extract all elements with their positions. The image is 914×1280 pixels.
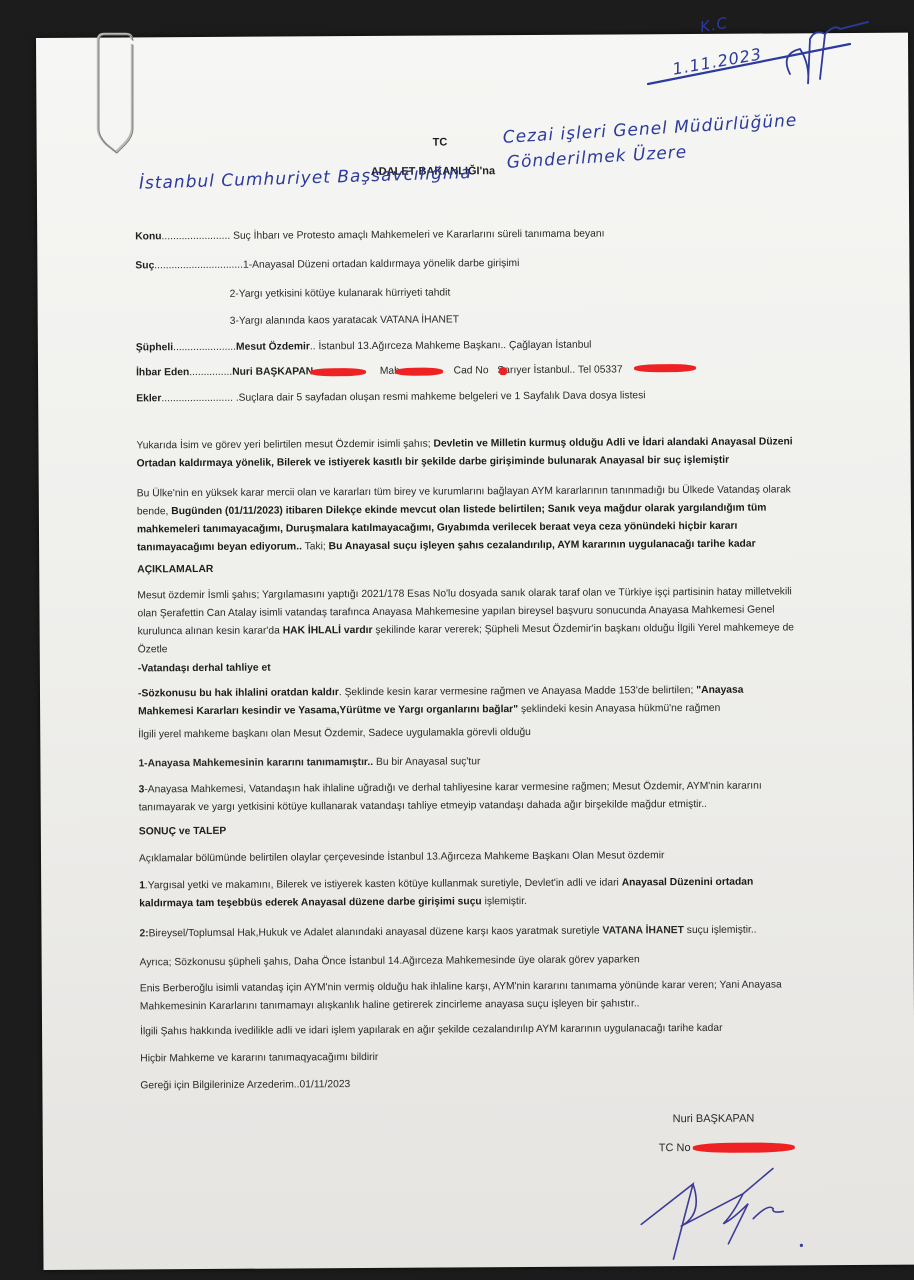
signatory-name: Nuri BAŞKAPAN: [673, 1114, 755, 1125]
paragraph-intro: Yukarıda İsim ve görev yeri belirtilen m…: [136, 433, 796, 473]
paragraph-additionally: Ayrıca; Sözkonusu şüpheli şahıs, Daha Ön…: [140, 955, 640, 968]
field-value: Suç İhbarı ve Protesto amaçlı Mahkemeler…: [230, 229, 604, 242]
paragraph-notice: Hiçbir Mahkeme ve kararını tanımaqyacağı…: [140, 1053, 378, 1065]
paragraph-release: -Vatandaşı derhal tahliye et: [138, 664, 271, 675]
paragraph-remove-violation: -Sözkonusu bu hak ihlalini oratdan kaldı…: [138, 681, 798, 721]
field-label: İhbar Eden: [136, 367, 189, 378]
text-plain: Taki;: [302, 541, 329, 552]
paragraph-conclusion-2: 2:Bireysel/Toplumsal Hak,Hukuk ve Adalet…: [139, 926, 756, 940]
text-plain: Bu bir Anayasal suç'tur: [373, 756, 480, 768]
paragraph-closing: Gereği için Bilgilerinize Arzederim..01/…: [140, 1080, 350, 1092]
redaction-mark: [499, 367, 507, 375]
field-leader: .........................: [161, 393, 233, 404]
approval-signature-icon: [640, 14, 880, 104]
text-plain: suçu işlemiştir..: [684, 925, 757, 936]
address-part-rest: Sarıyer İstanbul.. Tel 05337: [497, 364, 622, 376]
signature-icon: [633, 1163, 814, 1274]
header-tc: TC: [433, 137, 448, 148]
field-label: Ekler: [136, 393, 161, 404]
handwritten-note-line2: Gönderilmek Üzere: [506, 142, 687, 173]
field-suc-2: 2-Yargı yetkisini kötüye kulanarak hürri…: [230, 288, 451, 300]
field-ihbar-eden: İhbar Eden...............Nuri BAŞKAPAN. …: [136, 365, 623, 378]
field-leader: ...............................: [154, 260, 243, 272]
redaction-mark: [395, 368, 443, 376]
section-heading-aciklamalar: AÇIKLAMALAR: [137, 565, 213, 576]
redaction-mark: [310, 368, 366, 376]
handwritten-note-line1: Cezai işleri Genel Müdürlüğüne: [502, 111, 798, 148]
paragraph-item-1: 1-Anayasa Mahkemesinin kararını tanımamı…: [138, 757, 480, 769]
field-value-bold: Mesut Özdemir: [236, 341, 310, 352]
paragraph-conclusion: Açıklamalar bölümünde belirtilen olaylar…: [139, 851, 664, 865]
paragraph-local-court: İlgili yerel mahkeme başkanı olan Mesut …: [138, 728, 531, 741]
text-plain: Bireysel/Toplumsal Hak,Hukuk ve Adalet a…: [149, 926, 603, 940]
paragraph-request: İlgili Şahıs hakkında ivedilikle adli ve…: [140, 1024, 723, 1038]
field-value-bold: Nuri BAŞKAPAN.: [232, 366, 316, 378]
text-bold: Bu Anayasal suçu işleyen şahıs cezalandı…: [329, 539, 756, 553]
text-plain: şeklindeki kesin Anayasa hükmü'ne rağmen: [518, 703, 720, 715]
paragraph-declaration: Bu Ülke'nin en yüksek karar mercii olan …: [137, 481, 797, 557]
paragraph-explanation: Mesut özdemir İsmli şahıs; Yargılamasını…: [137, 583, 797, 659]
text-plain: . Şeklinde kesin karar vermesine rağmen …: [339, 685, 696, 698]
field-value: .. İstanbul 13.Ağırceza Mahkeme Başkanı.…: [310, 340, 592, 353]
address-part-cad: Cad No: [454, 365, 489, 376]
redaction-mark: [693, 1142, 795, 1153]
field-label: Konu: [135, 231, 161, 242]
text-plain: .Yargısal yetki ve makamını, Bilerek ve …: [145, 877, 622, 891]
field-supheli: Şüpheli......................Mesut Özdem…: [136, 341, 592, 354]
field-value: 1-Anayasal Düzeni ortadan kaldırmaya yön…: [243, 258, 519, 271]
handwritten-note-line3: İstanbul Cumhuriyet Başsavcılığına: [139, 163, 472, 194]
paperclip-icon: [94, 32, 140, 160]
document-page: TC ADALET BAKANLIĞI'na Konu.............…: [36, 33, 914, 1270]
field-suc: Suç...............................1-Anay…: [135, 259, 519, 272]
text-plain: işlemiştir.: [482, 896, 527, 907]
field-label: Suç: [135, 260, 154, 271]
text-bold: -Sözkonusu bu hak ihlalini oratdan kaldı…: [138, 687, 339, 699]
text-plain: Yukarıda İsim ve görev yeri belirtilen m…: [136, 439, 433, 452]
text-bold: VATANA İHANET: [602, 925, 683, 936]
paragraph-item-3: 3-Anayasa Mahkemesi, Vatandaşın hak ihla…: [139, 777, 799, 817]
field-label: Şüpheli: [136, 342, 173, 353]
text-bold: HAK İHLALİ vardır: [283, 625, 373, 637]
field-leader: ...............: [189, 367, 232, 378]
signatory-tc-label: TC No: [659, 1143, 691, 1154]
text-bold: 2:: [139, 928, 148, 939]
field-leader: ......................: [173, 342, 236, 353]
field-konu: Konu........................ Suç İhbarı …: [135, 230, 604, 243]
redaction-mark: [634, 364, 696, 372]
field-value: .Suçlara dair 5 sayfadan oluşan resmi ma…: [233, 390, 646, 404]
section-heading-sonuc: SONUÇ ve TALEP: [139, 827, 226, 838]
field-leader: ........................: [161, 231, 230, 242]
field-ekler: Ekler......................... .Suçlara …: [136, 391, 645, 404]
field-suc-3: 3-Yargı alanında kaos yaratacak VATANA İ…: [230, 315, 459, 327]
text-plain: -Anayasa Mahkemesi, Vatandaşın hak ihlal…: [139, 781, 762, 814]
paragraph-berberoglu: Enis Berberoğlu isimli vatandaş için AYM…: [140, 976, 800, 1016]
paragraph-conclusion-1: 1.Yargısal yetki ve makamını, Bilerek ve…: [139, 873, 799, 913]
text-bold: 1-Anayasa Mahkemesinin kararını tanımamı…: [138, 757, 373, 769]
